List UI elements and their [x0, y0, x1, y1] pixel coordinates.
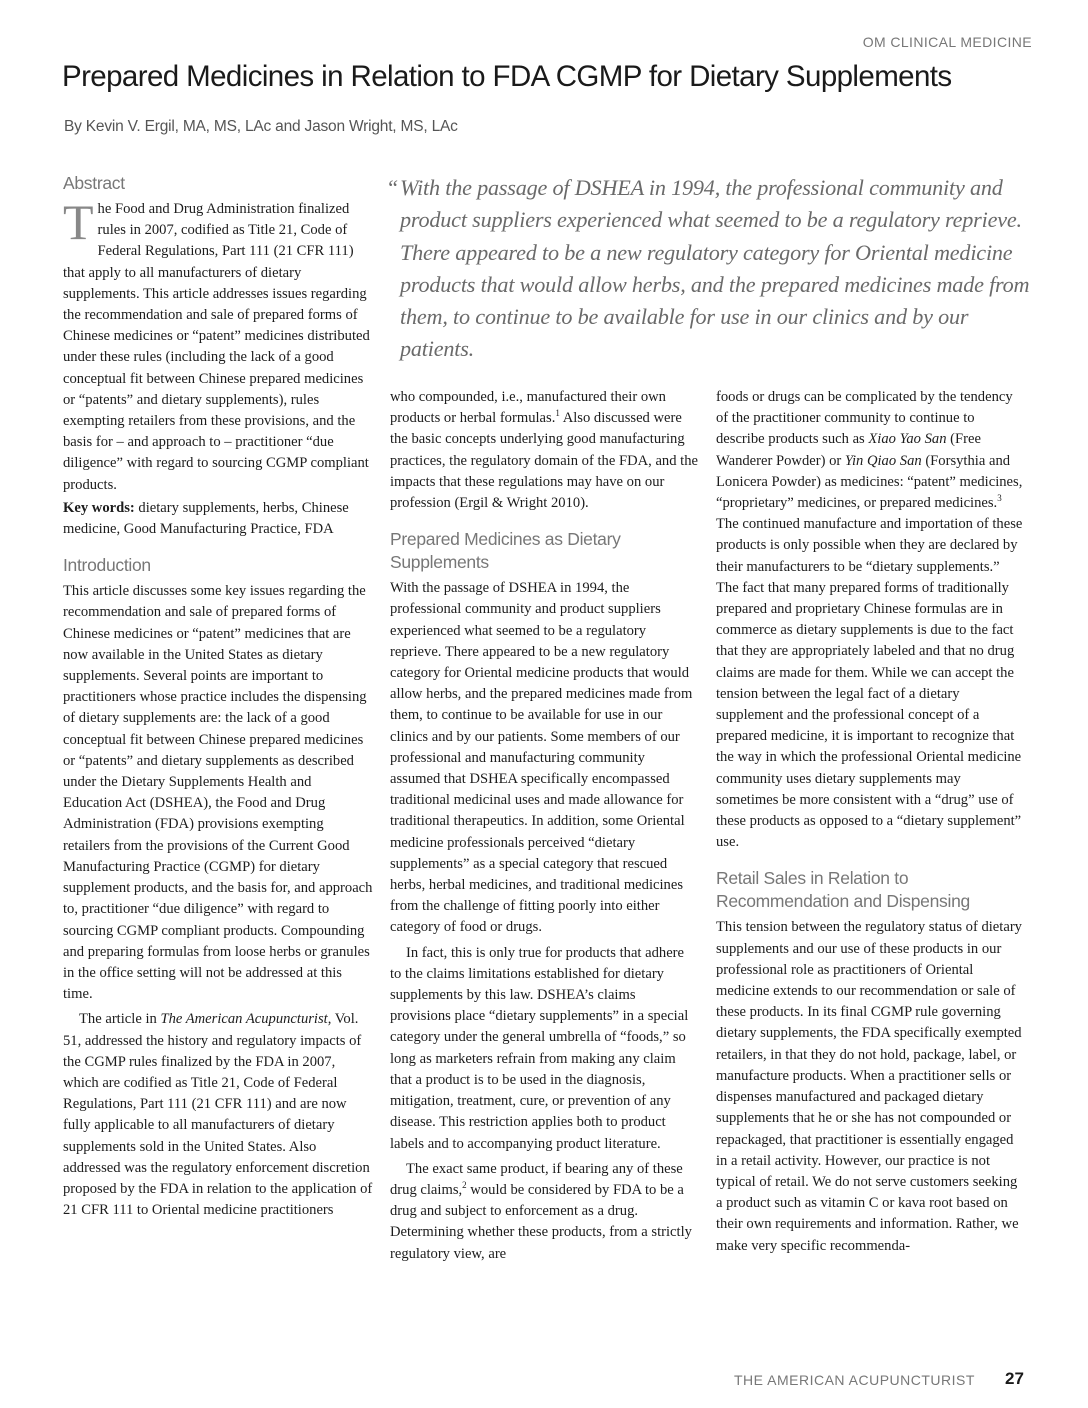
formula-name: Yin Qiao San [845, 453, 922, 469]
introduction-paragraph-2: The article in The American Acupuncturis… [63, 1009, 373, 1221]
keywords-label: Key words: [63, 500, 135, 516]
formula-name: Xiao Yao San [868, 431, 946, 447]
prepared-medicines-paragraph-3-continued: foods or drugs can be complicated by the… [716, 387, 1024, 853]
pull-quote-text: With the passage of DSHEA in 1994, the p… [388, 172, 1038, 366]
pull-quote-open-mark: “ [386, 172, 398, 204]
text-span: The article in [79, 1011, 160, 1027]
page-number: 27 [1005, 1369, 1024, 1389]
keywords: Key words: dietary supplements, herbs, C… [63, 498, 373, 540]
footer-publication: THE AMERICAN ACUPUNCTURIST [734, 1372, 975, 1388]
prepared-medicines-paragraph-3: The exact same product, if bearing any o… [390, 1159, 698, 1265]
prepared-medicines-paragraph-1: With the passage of DSHEA in 1994, the p… [390, 578, 698, 938]
section-label: OM CLINICAL MEDICINE [863, 34, 1032, 50]
pull-quote: “ With the passage of DSHEA in 1994, the… [388, 172, 1038, 366]
abstract-heading: Abstract [63, 172, 373, 195]
drop-cap: T [63, 202, 94, 242]
introduction-paragraph-2-continued: who compounded, i.e., manufactured their… [390, 387, 698, 514]
prepared-medicines-heading: Prepared Medicines as Dietary Supplement… [390, 528, 698, 574]
column-3: foods or drugs can be complicated by the… [716, 387, 1024, 1257]
column-2: who compounded, i.e., manufactured their… [390, 387, 698, 1265]
introduction-heading: Introduction [63, 554, 373, 577]
column-1: Abstract The Food and Drug Administratio… [63, 172, 373, 1221]
byline: By Kevin V. Ergil, MA, MS, LAc and Jason… [64, 118, 458, 136]
introduction-paragraph-1: This article discusses some key issues r… [63, 581, 373, 1005]
abstract-text: The Food and Drug Administration finaliz… [63, 199, 373, 496]
text-span: The continued manufacture and importatio… [716, 516, 1022, 850]
prepared-medicines-paragraph-2: In fact, this is only true for products … [390, 943, 698, 1155]
retail-sales-heading: Retail Sales in Relation to Recommendati… [716, 867, 1024, 913]
journal-title: The American Acupuncturist [160, 1011, 327, 1027]
abstract-body: he Food and Drug Administration finalize… [63, 201, 370, 493]
retail-sales-paragraph-1: This tension between the regulatory stat… [716, 917, 1024, 1256]
article-title: Prepared Medicines in Relation to FDA CG… [62, 60, 1042, 94]
footnote-ref: 3 [997, 493, 1002, 503]
text-span: , Vol. 51, addressed the history and reg… [63, 1011, 372, 1218]
